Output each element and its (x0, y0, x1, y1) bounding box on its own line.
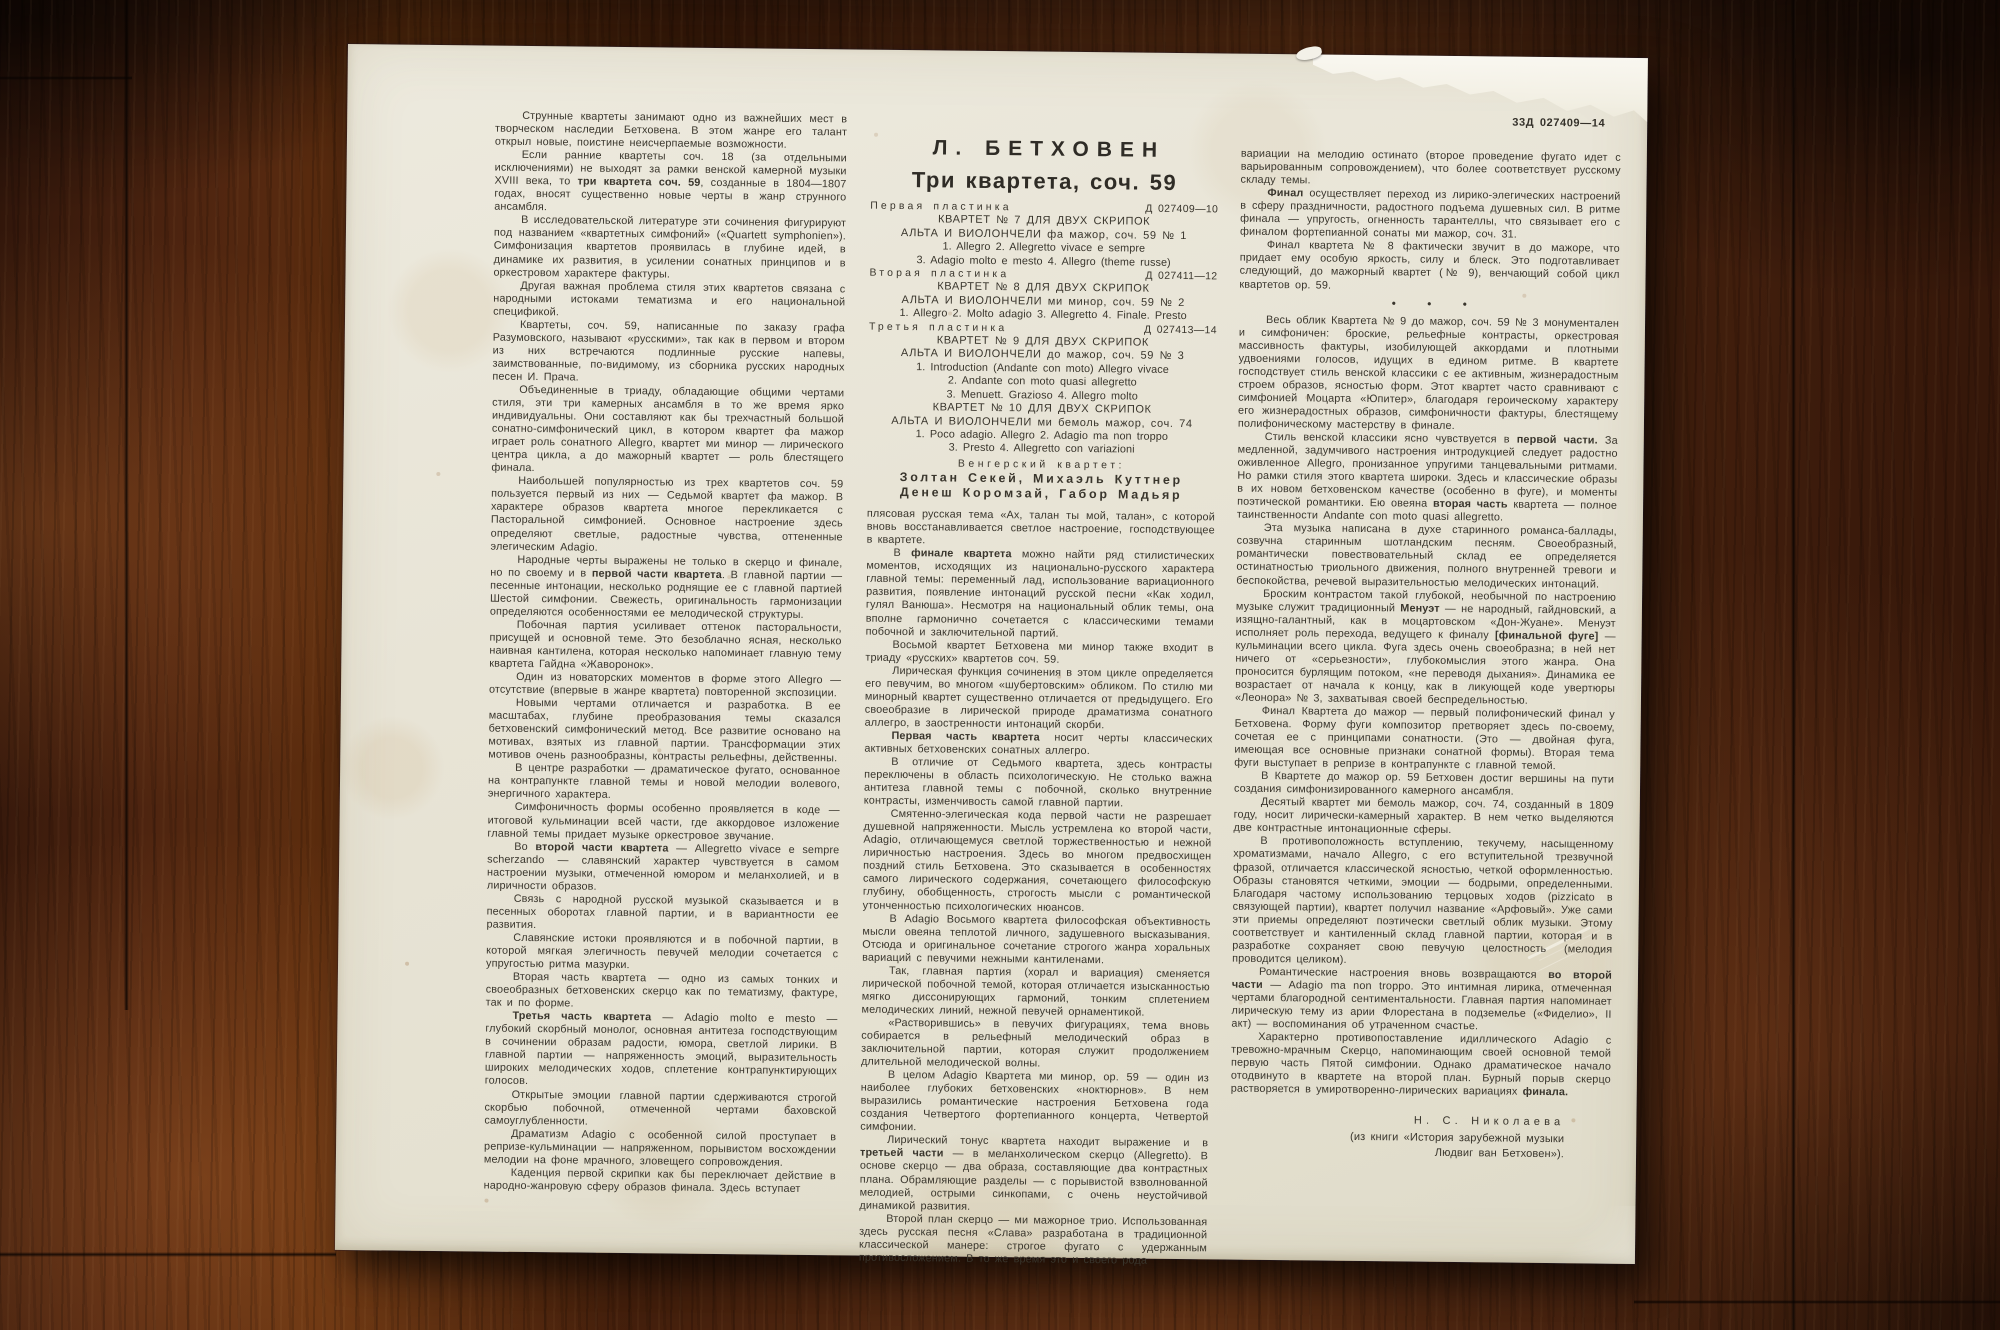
catalog-number: 33Д 027409—14 (1241, 114, 1621, 131)
text-paragraph: Характерно противопоставление идиллическ… (1231, 1031, 1612, 1100)
text-paragraph: Второй план скерцо — ми мажорное трио. И… (859, 1212, 1208, 1268)
text-paragraph: Так, главная партия (хорал и вариация) с… (862, 964, 1211, 1020)
text-paragraph: «Растворившись» в певучих фигурациях, те… (861, 1017, 1210, 1073)
text-paragraph: Один из новаторских моментов в форме это… (489, 671, 841, 701)
center-column: Л. БЕТХОВЕН Три квартета, соч. 59 Первая… (859, 136, 1219, 1269)
left-column: Струнные квартеты занимают одно из важне… (484, 110, 848, 1197)
text-paragraph: Симфоничность формы особенно проявляется… (487, 801, 839, 844)
text-paragraph: Каденция первой скрипки как бы переключа… (484, 1166, 836, 1196)
text-paragraph: В целом Adagio Квартета ми минор, ор. 59… (860, 1069, 1209, 1138)
text-paragraph: Струнные квартеты занимают одно из важне… (495, 110, 847, 153)
text-paragraph: Связь с народной русской музыкой сказыва… (486, 892, 838, 935)
text-paragraph: вариации на мелодию остинато (второе про… (1241, 148, 1621, 191)
text-paragraph: Побочная партия усиливает оттенок пастор… (489, 618, 842, 674)
right-column-text: вариации на мелодию остинато (второе про… (1231, 148, 1621, 1100)
text-paragraph: Финал Квартета до мажор — первый полифон… (1234, 705, 1615, 774)
text-paragraph: Стиль венской классики ясно чувствуется … (1237, 431, 1618, 526)
plank-seam (1634, 1300, 2000, 1304)
foxing-speckles (348, 44, 350, 46)
record-side-label: Вторая пластинка (869, 267, 1009, 282)
section-separator: • • • (1239, 295, 1619, 312)
text-paragraph: Народные черты выражены не только в скер… (490, 553, 843, 622)
composer-title: Л. БЕТХОВЕН (871, 136, 1219, 164)
plank-seam (0, 76, 132, 80)
corner-curl (1551, 1205, 1636, 1264)
text-paragraph: В исследовательской литературе эти сочин… (493, 214, 846, 283)
record-side-label: Третья пластинка (869, 320, 1008, 335)
text-paragraph: В центре разработки — драматическое фуга… (488, 762, 840, 805)
text-paragraph: Первая часть квартета носит черты класси… (864, 730, 1212, 760)
author-signature: Н. С. Николаева(из книги «История зарубе… (1230, 1112, 1610, 1164)
right-column: 33Д 027409—14 вариации на мелодию остина… (1230, 114, 1621, 1164)
text-paragraph: В противоположность вступлению, текучему… (1232, 835, 1613, 970)
record-side-label: Первая пластинка (870, 200, 1012, 215)
plank-seam (0, 1252, 336, 1257)
torn-corner (1312, 54, 1648, 122)
text-paragraph: Лирическая функция сочинения в этом цикл… (865, 664, 1214, 733)
text-paragraph: В отличие от Седьмого квартета, здесь ко… (864, 756, 1213, 812)
text-paragraph: Наибольшей популярностью из трех квартет… (490, 475, 843, 557)
track-listing: Первая пластинкаД 027409—10КВАРТЕТ № 7 Д… (867, 200, 1218, 504)
record-catalog-number: Д 027413—14 (1144, 323, 1217, 337)
record-sleeve-back: Струнные квартеты занимают одно из важне… (335, 44, 1648, 1264)
listing-line-name: Денеш Коромзай, Габор Мадьяр (867, 485, 1215, 504)
photo-scene: Струнные квартеты занимают одно из важне… (0, 0, 2000, 1330)
text-paragraph: Во второй части квартета — Allegretto vi… (487, 840, 840, 896)
text-paragraph: плясовая русская тема «Ах, талан ты мой,… (867, 508, 1215, 551)
work-title: Три квартета, соч. 59 (870, 167, 1218, 196)
text-paragraph: В финале квартета можно найти ряд стилис… (866, 547, 1215, 642)
text-paragraph: Драматизм Adagio с особенной силой прост… (484, 1127, 836, 1170)
text-paragraph: Объединенные в триаду, обладающие общими… (491, 384, 844, 479)
text-paragraph: Восьмой квартет Бетховена ми минор также… (865, 638, 1213, 668)
text-paragraph: Финал осуществляет переход из лирико-эле… (1240, 187, 1621, 243)
text-paragraph: Романтические настроения вновь возвращаю… (1231, 966, 1612, 1035)
text-paragraph: В Квартете до мажор ор. 59 Бетховен дост… (1234, 770, 1614, 800)
text-paragraph: Десятый квартет ми бемоль мажор, соч. 74… (1233, 796, 1613, 839)
text-paragraph: Другая важная проблема стиля этих кварте… (493, 279, 845, 322)
text-paragraph: Лирический тонус квартета находит выраже… (859, 1134, 1208, 1216)
text-paragraph: Весь облик Квартета № 9 до мажор, соч. 5… (1238, 313, 1619, 435)
text-paragraph: Броским контрастом такой глубокой, необы… (1235, 587, 1616, 709)
text-paragraph: Смятенно-элегическая кода первой части н… (863, 808, 1212, 916)
record-catalog-number: Д 027409—10 (1145, 203, 1218, 217)
text-paragraph: Вторая часть квартета — одно из самых то… (486, 971, 838, 1014)
text-paragraph: Открытые эмоции главной партии сдерживаю… (484, 1088, 836, 1131)
plank-seam (124, 0, 129, 1010)
text-paragraph: Финал квартета № 8 фактически звучит в д… (1239, 239, 1620, 295)
text-paragraph: Славянские истоки проявляются и в побочн… (486, 932, 838, 975)
text-paragraph: Новыми чертами отличается и разработка. … (488, 697, 841, 766)
record-catalog-number: Д 027411—12 (1145, 270, 1217, 284)
text-paragraph: Если ранние квартеты соч. 18 (за отдельн… (494, 149, 847, 218)
plank-seam (1791, 0, 1796, 1330)
text-paragraph: Третья часть квартета — Adagio molto e m… (485, 1010, 838, 1092)
center-column-text: плясовая русская тема «Ах, талан ты мой,… (859, 508, 1215, 1268)
text-paragraph: Эта музыка написана в духе старинного ро… (1236, 522, 1617, 591)
text-paragraph: Квартеты, соч. 59, написанные по заказу … (492, 318, 845, 387)
signature-line: Людвиг ван Бетховен»). (1230, 1144, 1564, 1163)
text-paragraph: В Adagio Восьмого квартета философская о… (862, 912, 1211, 968)
